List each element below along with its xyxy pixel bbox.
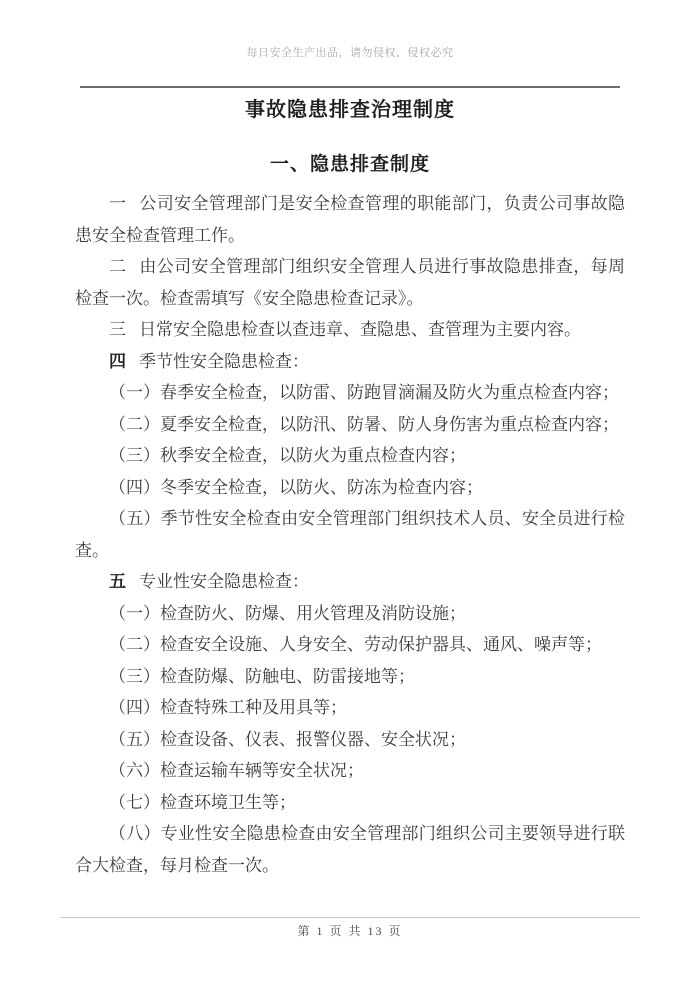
page-footer: 第 1 页 共 13 页 bbox=[0, 917, 700, 939]
section-heading: 一、隐患排查制度 bbox=[0, 152, 700, 177]
paragraph-number: 二 bbox=[109, 257, 126, 276]
paragraph-text: （三）秋季安全检查，以防火为重点检查内容； bbox=[109, 446, 466, 465]
paragraph-text: （五）季节性安全检查由安全管理部门组织技术人员、安全员进行检查。 bbox=[75, 509, 625, 560]
list-item: （五）检查设备、仪表、报警仪器、安全状况； bbox=[75, 724, 625, 756]
paragraph-number: 五 bbox=[109, 572, 126, 591]
paragraph-text: 专业性安全隐患检查： bbox=[139, 572, 309, 591]
paragraph-text: （六）检查运输车辆等安全状况； bbox=[109, 761, 364, 780]
paragraph-text: （二）夏季安全检查，以防汛、防暑、防人身伤害为重点检查内容； bbox=[109, 415, 619, 434]
list-item: （一）春季安全检查，以防雷、防跑冒滴漏及防火为重点检查内容； bbox=[75, 377, 625, 409]
paragraph-text: 日常安全隐患检查以查违章、查隐患、查管理为主要内容。 bbox=[139, 320, 581, 339]
paragraph-text: （八）专业性安全隐患检查由安全管理部门组织公司主要领导进行联合大检查，每月检查一… bbox=[75, 824, 625, 875]
list-item: （四）检查特殊工种及用具等； bbox=[75, 692, 625, 724]
paragraph-text: （四）检查特殊工种及用具等； bbox=[109, 698, 347, 717]
list-item: （二）检查安全设施、人身安全、劳动保护器具、通风、噪声等； bbox=[75, 629, 625, 661]
paragraph-text: （二）检查安全设施、人身安全、劳动保护器具、通风、噪声等； bbox=[109, 635, 602, 654]
list-item: （四）冬季安全检查，以防火、防冻为检查内容； bbox=[75, 472, 625, 504]
list-item: （六）检查运输车辆等安全状况； bbox=[75, 755, 625, 787]
paragraph: 五专业性安全隐患检查： bbox=[75, 566, 625, 598]
document-title: 事故隐患排查治理制度 bbox=[0, 97, 700, 123]
footer-rule bbox=[60, 917, 640, 918]
page-header: 每日安全生产出品，请勿侵权，侵权必究 bbox=[0, 0, 700, 88]
header-disclaimer: 每日安全生产出品，请勿侵权，侵权必究 bbox=[0, 46, 700, 61]
paragraph: 三日常安全隐患检查以查违章、查隐患、查管理为主要内容。 bbox=[75, 314, 625, 346]
document-page: 每日安全生产出品，请勿侵权，侵权必究 事故隐患排查治理制度 一、隐患排查制度 一… bbox=[0, 0, 700, 990]
list-item: （三）秋季安全检查，以防火为重点检查内容； bbox=[75, 440, 625, 472]
paragraph: 二由公司安全管理部门组织安全管理人员进行事故隐患排查，每周检查一次。检查需填写《… bbox=[75, 251, 625, 314]
paragraph-text: （三）检查防爆、防触电、防雷接地等； bbox=[109, 667, 415, 686]
list-item: （五）季节性安全检查由安全管理部门组织技术人员、安全员进行检查。 bbox=[75, 503, 625, 566]
paragraph-number: 四 bbox=[109, 352, 126, 371]
list-item: （三）检查防爆、防触电、防雷接地等； bbox=[75, 661, 625, 693]
list-item: （八）专业性安全隐患检查由安全管理部门组织公司主要领导进行联合大检查，每月检查一… bbox=[75, 818, 625, 881]
paragraph: 一公司安全管理部门是安全检查管理的职能部门，负责公司事故隐患安全检查管理工作。 bbox=[75, 188, 625, 251]
paragraph-text: （七）检查环境卫生等； bbox=[109, 793, 296, 812]
paragraph-text: （一）检查防火、防爆、用火管理及消防设施； bbox=[109, 604, 466, 623]
page-number: 第 1 页 共 13 页 bbox=[0, 923, 700, 939]
list-item: （二）夏季安全检查，以防汛、防暑、防人身伤害为重点检查内容； bbox=[75, 409, 625, 441]
paragraph-text: （五）检查设备、仪表、报警仪器、安全状况； bbox=[109, 730, 466, 749]
paragraph: 四季节性安全隐患检查： bbox=[75, 346, 625, 378]
paragraph-text: 季节性安全隐患检查： bbox=[139, 352, 309, 371]
list-item: （七）检查环境卫生等； bbox=[75, 787, 625, 819]
paragraph-number: 三 bbox=[109, 320, 126, 339]
paragraph-text: 公司安全管理部门是安全检查管理的职能部门，负责公司事故隐患安全检查管理工作。 bbox=[75, 194, 625, 245]
paragraph-text: （一）春季安全检查，以防雷、防跑冒滴漏及防火为重点检查内容； bbox=[109, 383, 619, 402]
header-rule bbox=[80, 86, 620, 88]
paragraph-text: 由公司安全管理部门组织安全管理人员进行事故隐患排查，每周检查一次。检查需填写《安… bbox=[75, 257, 625, 308]
paragraph-number: 一 bbox=[109, 194, 126, 213]
document-body: 一公司安全管理部门是安全检查管理的职能部门，负责公司事故隐患安全检查管理工作。 … bbox=[75, 188, 625, 881]
paragraph-text: （四）冬季安全检查，以防火、防冻为检查内容； bbox=[109, 478, 483, 497]
list-item: （一）检查防火、防爆、用火管理及消防设施； bbox=[75, 598, 625, 630]
